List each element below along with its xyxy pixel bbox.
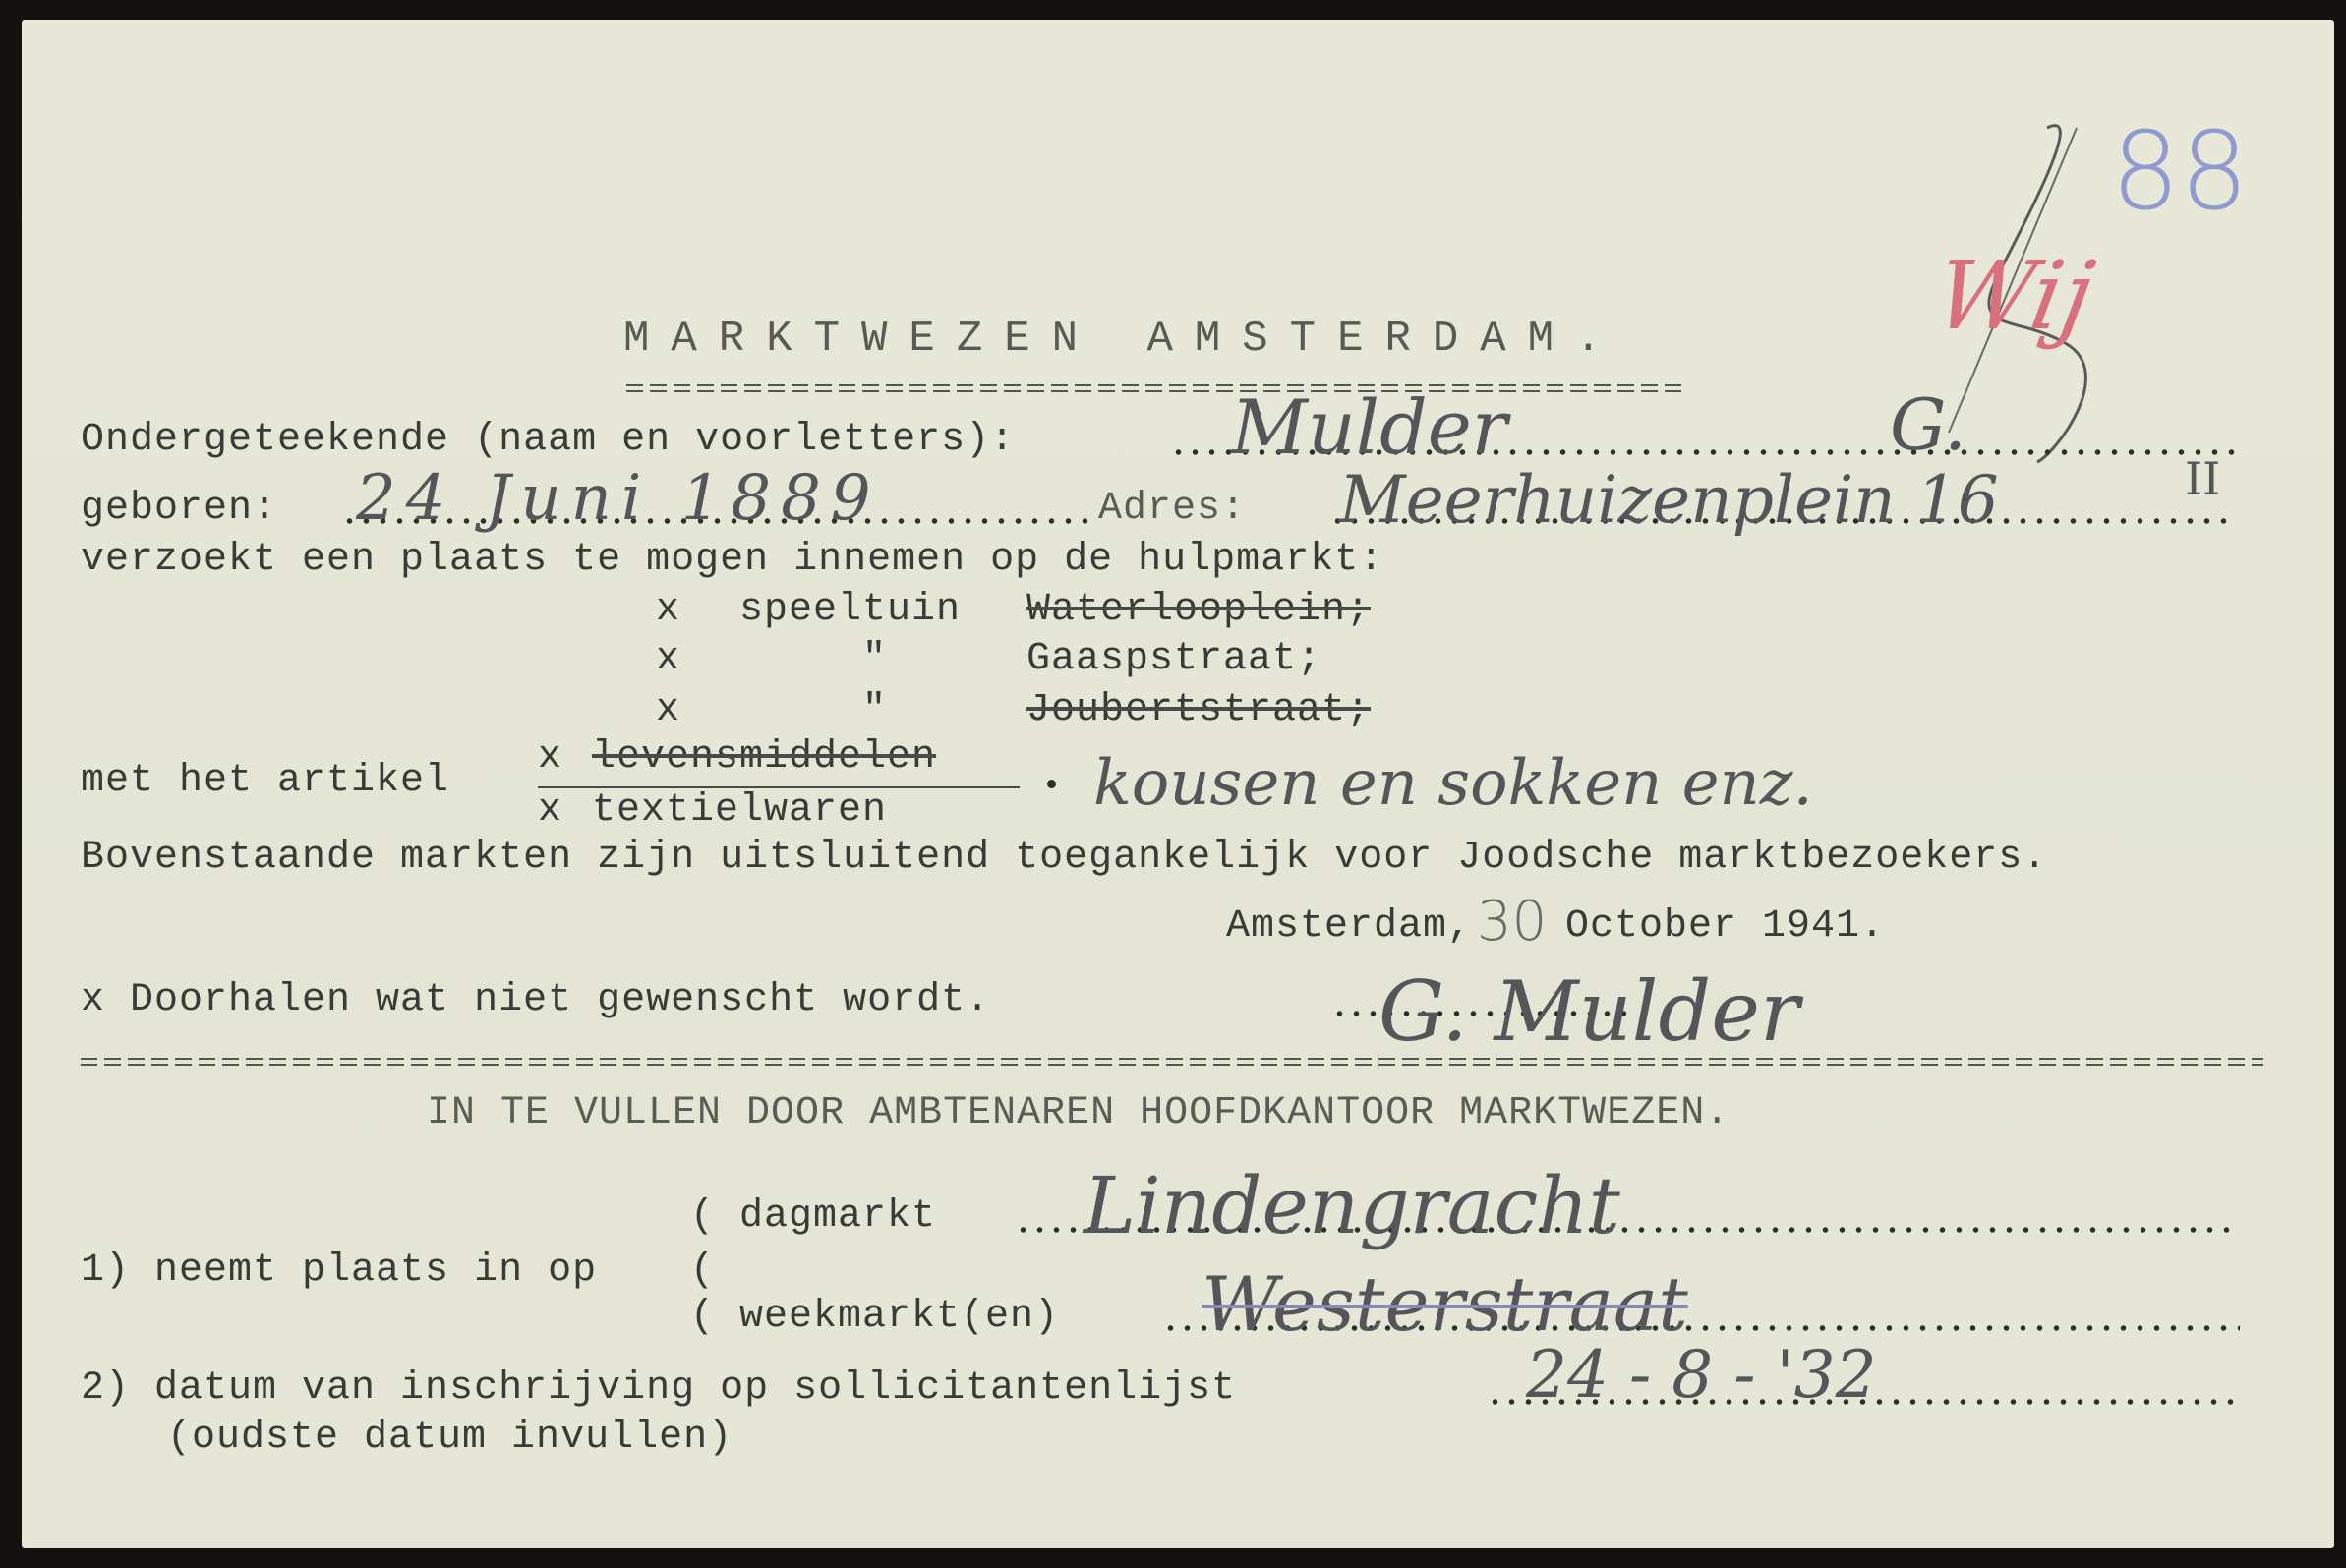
signature[interactable]: G. Mulder (1378, 963, 1799, 1060)
weekmarkt-label: ( weekmarkt(en) (690, 1295, 1059, 1339)
article-option-levensmiddelen[interactable]: levensmiddelen (592, 735, 936, 780)
article-option-textielwaren[interactable]: textielwaren (592, 788, 887, 833)
blue-number: 88 (2111, 108, 2249, 234)
weekmarkt-value[interactable]: Westerstraat (1202, 1260, 1688, 1348)
item2-note: (oudste datum invullen) (167, 1416, 733, 1460)
office-section-heading: IN TE VULLEN DOOR AMBTENAREN HOOFDKANTOO… (427, 1091, 1730, 1135)
red-mark: Wij (1927, 241, 2101, 351)
address-floor[interactable]: II (2185, 452, 2220, 505)
address-value[interactable]: Meerhuizenplein 16 (1339, 462, 1999, 538)
market-option-waterlooplein[interactable]: Waterlooplein; (1026, 588, 1371, 632)
section-separator (81, 1057, 2263, 1067)
form-card: 88 Wij MARKTWEZEN AMSTERDAM. Ondergeteek… (22, 20, 2334, 1548)
article-option-mark[interactable]: x (538, 735, 562, 780)
name-value[interactable]: Mulder (1231, 383, 1507, 471)
born-label: geboren: (81, 487, 277, 531)
title-underline (626, 383, 1688, 393)
brace-mid: ( (690, 1249, 715, 1293)
place-date-rest: October 1941. (1565, 904, 1885, 949)
article-label: met het artikel (81, 759, 449, 803)
article-option-mark[interactable]: x (538, 788, 562, 833)
born-value[interactable]: 24 Juni 1889 (356, 462, 881, 535)
market-option-mark[interactable]: x (656, 588, 680, 632)
page-title: MARKTWEZEN AMSTERDAM. (623, 315, 1623, 364)
market-option-gaaspstraat[interactable]: Gaaspstraat; (1026, 637, 1321, 681)
place-date-day[interactable]: 30 (1477, 890, 1547, 954)
item2-value[interactable]: 24 - 8 - '32 (1526, 1337, 1877, 1413)
article-note[interactable]: kousen en sokken enz. (1093, 747, 1813, 820)
market-option-prefix: " (862, 637, 887, 681)
market-option-joubertstraat[interactable]: Joubertstraat; (1026, 688, 1371, 732)
strike-instruction: x Doorhalen wat niet gewenscht wordt. (81, 978, 990, 1022)
name-label: Ondergeteekende (naam en voorletters): (81, 418, 1015, 462)
dagmarkt-label: ( dagmarkt (690, 1194, 936, 1239)
market-option-prefix: speeltuin (739, 588, 961, 632)
notice-text: Bovenstaande markten zijn uitsluitend to… (81, 836, 2047, 880)
item1-label: 1) neemt plaats in op (81, 1249, 597, 1293)
place-date-prefix: Amsterdam, (1226, 904, 1472, 949)
initial-value[interactable]: G. (1890, 383, 1966, 466)
bullet-dot (1047, 780, 1056, 788)
market-option-prefix: " (862, 688, 887, 732)
request-line: verzoekt een plaats te mogen innemen op … (81, 538, 1383, 582)
dagmarkt-value[interactable]: Lindengracht (1084, 1160, 1620, 1251)
market-option-mark[interactable]: x (656, 637, 680, 681)
address-label: Adres: (1098, 487, 1246, 531)
item2-label: 2) datum van inschrijving op sollicitant… (81, 1366, 1236, 1411)
market-option-mark[interactable]: x (656, 688, 680, 732)
